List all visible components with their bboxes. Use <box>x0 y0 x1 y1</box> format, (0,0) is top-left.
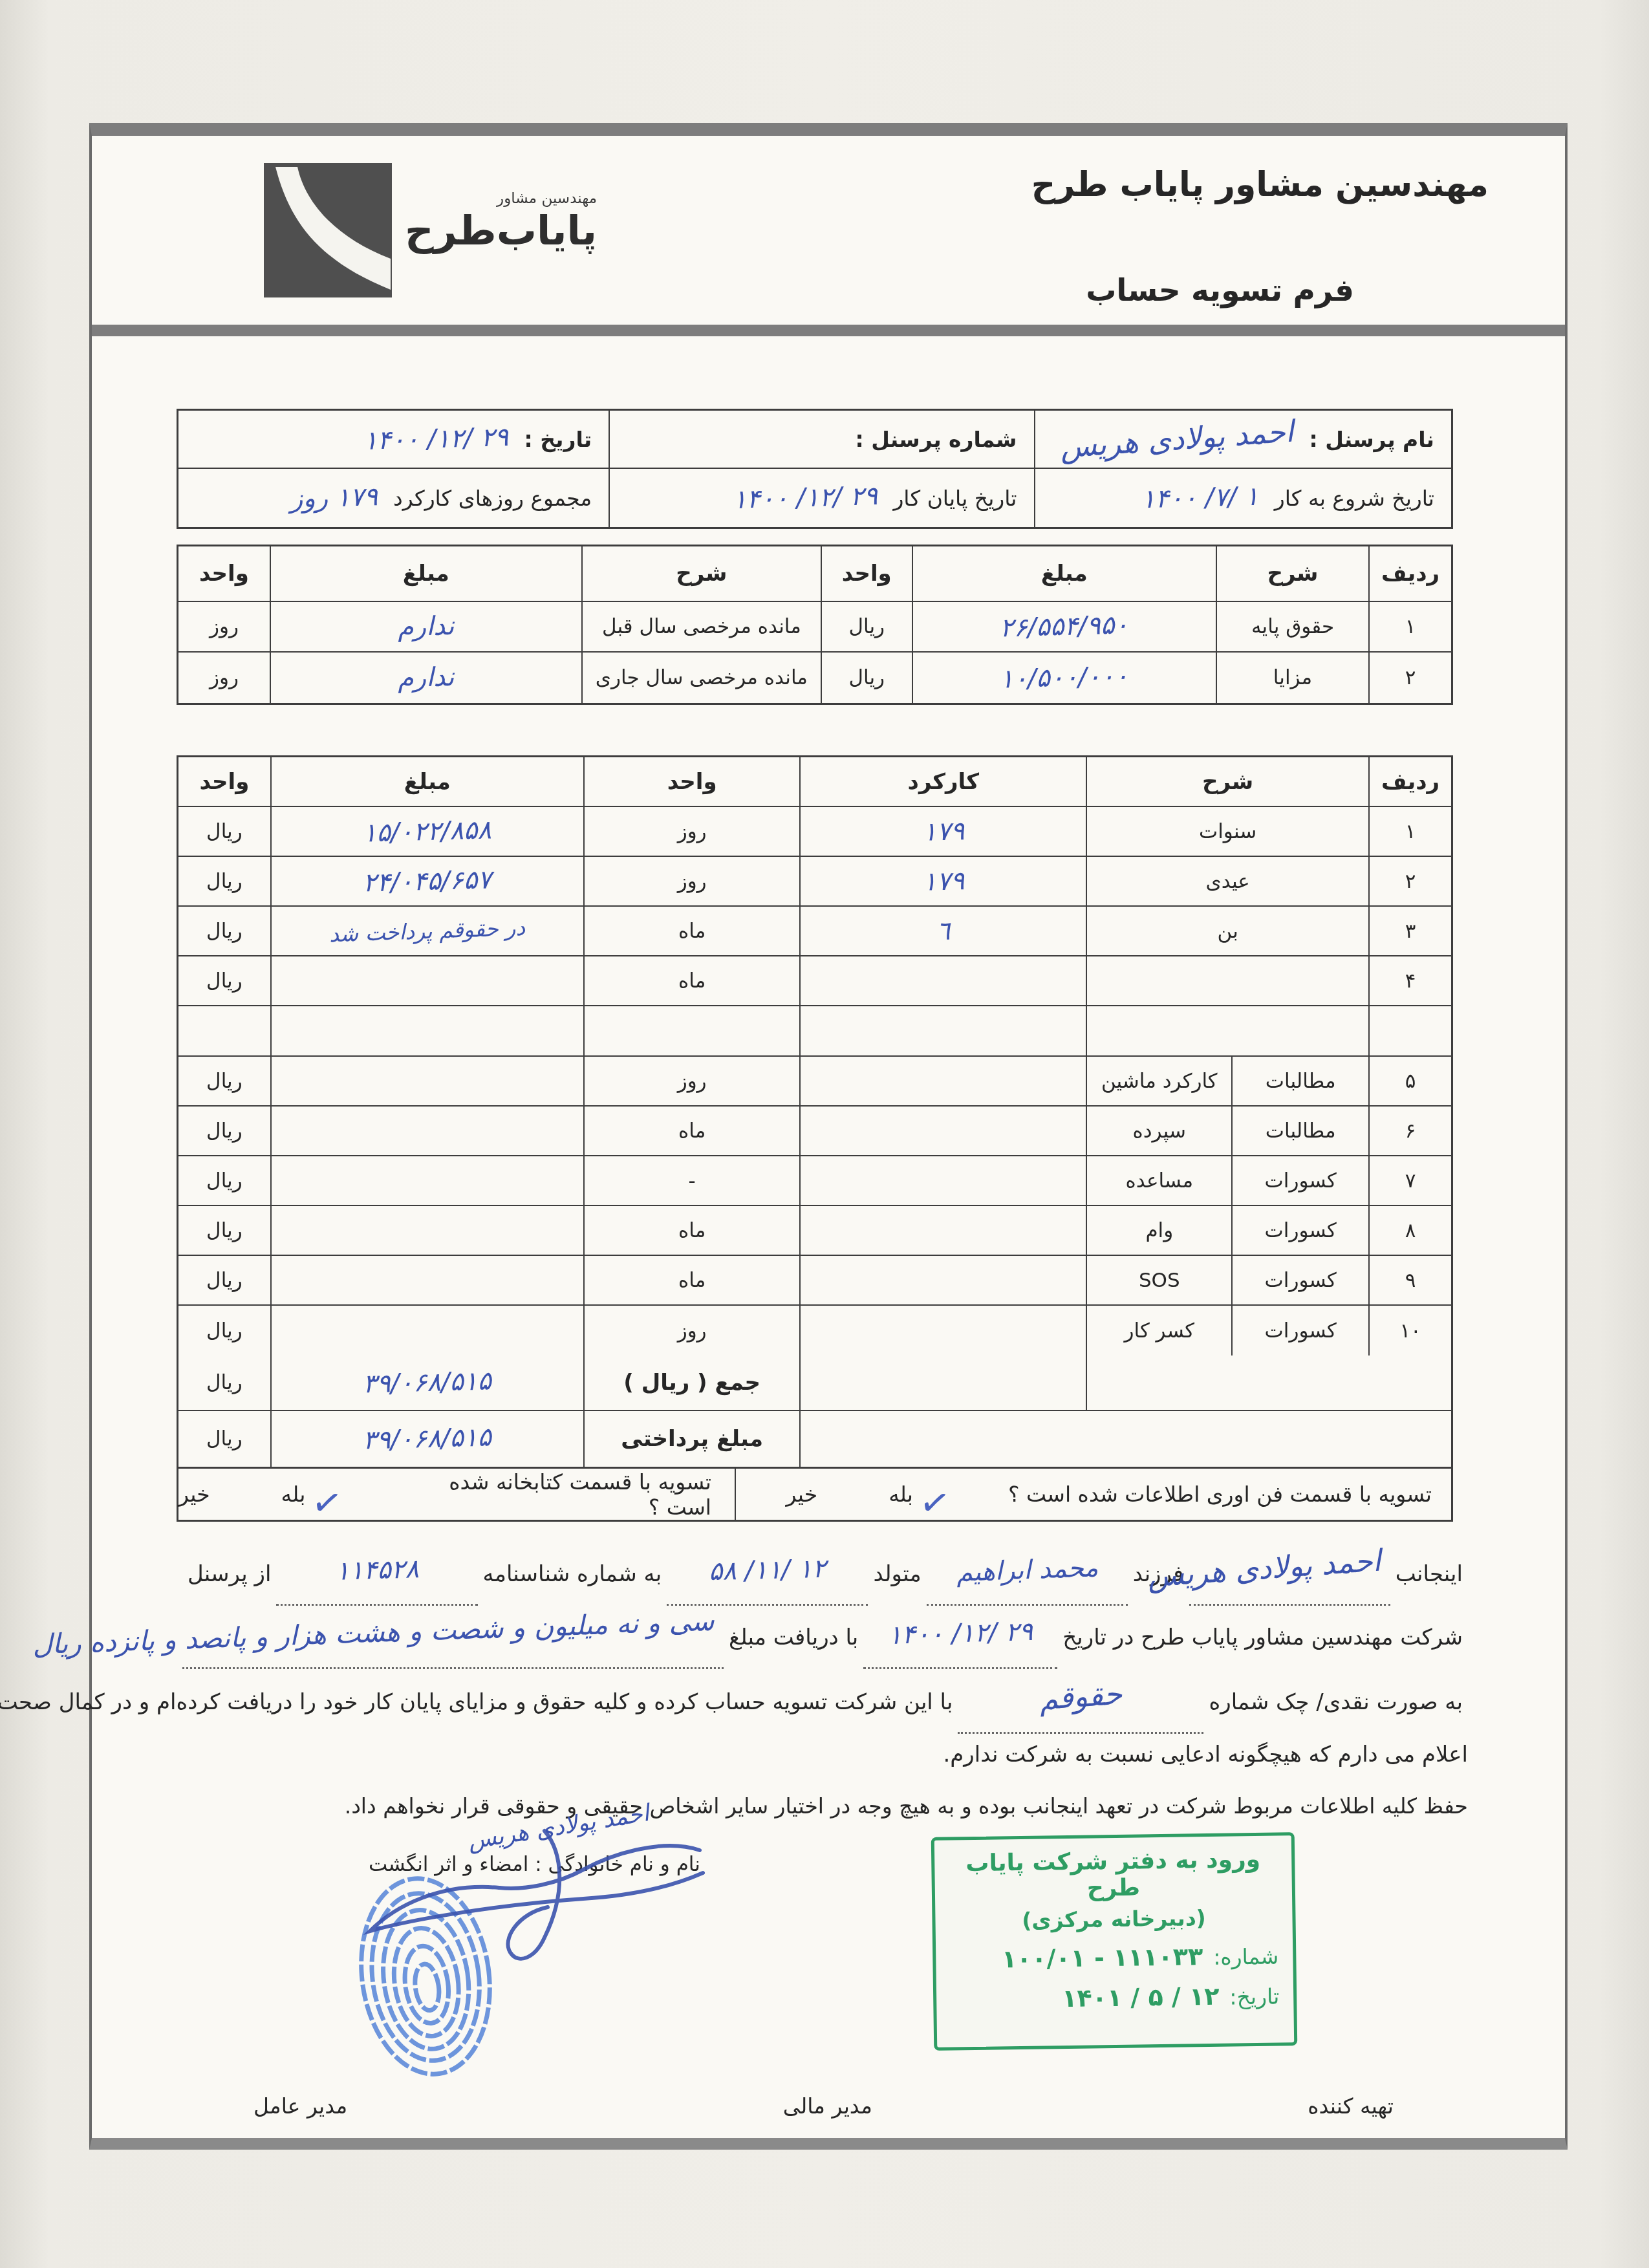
it-yes-option: ✓ بله <box>889 1473 950 1515</box>
description-cell: سنوات <box>1086 807 1368 856</box>
table-cell: روز <box>583 857 800 905</box>
cell-value: ٦ <box>936 916 951 946</box>
category-cell: کسورات <box>1231 1306 1368 1355</box>
cell-value: ریال <box>206 969 242 993</box>
category-cell: کسورات <box>1231 1256 1368 1304</box>
ceo-label: مدیر عامل <box>253 2093 347 2119</box>
personnel-table: نام پرسنل : احمد پولادی هریس شماره پرسنل… <box>177 409 1453 529</box>
cell-value: ۹ <box>1405 1269 1416 1292</box>
personnel-name-cell: نام پرسنل : احمد پولادی هریس <box>1034 411 1452 468</box>
table-cell: ۱۵/۰۲۲/۸۵۸ <box>270 807 583 856</box>
personnel-name-value: احمد پولادی هریس <box>1059 413 1295 464</box>
no-label: خیر <box>178 1482 210 1507</box>
library-clearance-question: تسویه با قسمت کتابخانه شده است ؟ <box>400 1469 711 1520</box>
cell-value: در حقوقم پرداخت شد <box>329 915 526 947</box>
table-cell: ماه <box>583 1107 800 1155</box>
cell-value: حقوق پایه <box>1251 615 1334 638</box>
cell-value: ۶ <box>1405 1119 1416 1143</box>
table-cell: روز <box>583 1306 800 1355</box>
table-cell: ۸ <box>1368 1206 1451 1255</box>
settlement-date-fill: ۲۹ /۱۲/ ۱۴۰۰ <box>863 1606 1057 1669</box>
cell-value: وام <box>1145 1219 1173 1242</box>
table-cell: حقوق پایه <box>1216 602 1368 651</box>
column-header: واحد <box>583 757 800 806</box>
description-cell <box>1086 956 1368 1005</box>
cell-value: ۲۴/۰۴۵/۶۵۷ <box>363 865 492 898</box>
cell-value: ماه <box>678 969 706 993</box>
cell-value: مطالبات <box>1266 1070 1336 1093</box>
table-cell: ٦ <box>799 907 1086 955</box>
cell-value: ریال <box>206 820 242 843</box>
table-cell <box>799 1156 1086 1205</box>
sum-row: جمع ( ریال ) ۳۹/۰۶۸/۵۱۵ ریال <box>178 1355 1451 1411</box>
item-cell: وام <box>1087 1206 1231 1255</box>
stamp-date-label: تاریخ: <box>1229 1983 1279 2009</box>
table-row: ۳بن٦ماهدر حقوقم پرداخت شدریال <box>178 907 1451 956</box>
table-cell <box>270 1156 583 1205</box>
table-row: ۱حقوق پایه۲۶/۵۵۴/۹۵۰ریالمانده مرخصی سال … <box>178 602 1451 653</box>
library-yes-option: ✓ بله <box>281 1473 343 1515</box>
description-cell: کسوراتSOS <box>1086 1256 1368 1304</box>
declaration-paragraph: اینجانب احمد پولادی هریس فرزند محمد ابرا… <box>182 1541 1468 1824</box>
table-cell <box>270 1256 583 1304</box>
end-date-value: ۲۹ /۱۲/ ۱۴۰۰ <box>733 481 878 515</box>
description-cell <box>1086 1006 1368 1055</box>
work-days-value: ۱۷۹ روز <box>290 482 378 514</box>
scanned-settlement-form: مهندسین مشاور پایاب طرح فرم تسویه حساب م… <box>0 0 1649 2268</box>
work-days-cell: مجموع روزهای کارکرد ۱۷۹ روز <box>178 469 609 527</box>
table-cell: ریال <box>178 1057 270 1105</box>
paid-row: مبلغ پرداختی ۳۹/۰۶۸/۵۱۵ ریال <box>178 1411 1451 1467</box>
table-cell: ریال <box>821 602 912 651</box>
table-cell: مانده مرخصی سال قبل <box>581 602 821 651</box>
cell-value: ریال <box>848 615 885 638</box>
name-fill: احمد پولادی هریس <box>1189 1541 1390 1606</box>
item-cell: کارکرد ماشین <box>1087 1057 1231 1105</box>
approval-row: تهیه کننده مدیر مالی مدیر عامل <box>253 2093 1394 2119</box>
handwritten-amount-words: سی و نه میلیون و شصت و هشت هزار و پانصد … <box>32 1592 715 1675</box>
cell-value: SOS <box>1139 1269 1180 1292</box>
static-text: با این شرکت تسویه حساب کرده و کلیه حقوق … <box>0 1672 958 1732</box>
category-cell: کسورات <box>1231 1206 1368 1255</box>
column-header: مبلغ <box>270 757 583 806</box>
table-cell: ۲ <box>1368 857 1451 905</box>
table-cell <box>799 1006 1086 1055</box>
work-days-label: مجموع روزهای کارکرد <box>393 486 592 511</box>
table-cell: روز <box>178 653 270 703</box>
stamp-date-row: تاریخ: ۱۲ / ۵ / ۱۴۰۱ <box>951 1981 1280 2014</box>
registry-stamp: ورود به دفتر شرکت پایاب طرح (دبیرخانه مر… <box>931 1832 1298 2051</box>
cell-value: ماه <box>678 1219 706 1242</box>
table-cell <box>270 1107 583 1155</box>
category-cell: مطالبات <box>1231 1057 1368 1105</box>
form-header: مهندسین مشاور پایاب طرح فرم تسویه حساب م… <box>92 136 1565 336</box>
cell-value: ریال <box>206 1119 242 1143</box>
column-header: ردیف <box>1368 757 1451 806</box>
column-header: مبلغ <box>912 546 1216 601</box>
table-cell <box>270 1006 583 1055</box>
cell-value: ریال <box>206 870 242 893</box>
sum-label: جمع ( ریال ) <box>583 1355 800 1410</box>
table-cell: روز <box>583 807 800 856</box>
end-date-cell: تاریخ پایان کار ۲۹ /۱۲/ ۱۴۰۰ <box>609 469 1033 527</box>
table-cell: ریال <box>178 1256 270 1304</box>
handwritten-father-name: محمد ابراهیم <box>955 1538 1099 1603</box>
static-text: شرکت مهندسین مشاور پایاب طرح در تاریخ <box>1057 1608 1468 1667</box>
paid-label: مبلغ پرداختی <box>583 1411 800 1467</box>
table-row: ۸کسوراتوامماهریال <box>178 1206 1451 1256</box>
table-cell <box>799 1306 1086 1355</box>
item-cell: سپرده <box>1087 1107 1231 1155</box>
table-cell <box>270 1206 583 1255</box>
library-clearance-cell: تسویه با قسمت کتابخانه شده است ؟ ✓ بله خ… <box>178 1469 735 1520</box>
table-header-row: ردیف شرح کارکرد واحد مبلغ واحد <box>178 757 1451 807</box>
table-cell <box>270 956 583 1005</box>
column-header: شرح <box>1216 546 1368 601</box>
table-cell: ۲۴/۰۴۵/۶۵۷ <box>270 857 583 905</box>
cell-value: ریال <box>206 1219 242 1242</box>
table-cell <box>799 1256 1086 1304</box>
table-cell: ریال <box>178 956 270 1005</box>
stamp-number-row: شماره: ۱۱۱۰۳۳ - ۱۰۰/۰۱ <box>950 1941 1279 1974</box>
table-header-row: ردیف شرح مبلغ واحد شرح مبلغ واحد <box>178 546 1451 602</box>
cell-value: ۳ <box>1405 920 1416 943</box>
cell-value: ماه <box>678 1269 706 1292</box>
settlement-items-table: ردیف شرح کارکرد واحد مبلغ واحد ۱سنوات۱۷۹… <box>177 755 1453 1469</box>
check-mark-icon: ✓ <box>916 1480 953 1526</box>
description-cell: بن <box>1086 907 1368 955</box>
cell-value: ریال <box>206 1319 242 1343</box>
table-row: ۱۰کسوراتکسر کارروزریال <box>178 1306 1451 1355</box>
static-text: از پرسنل <box>182 1544 276 1604</box>
table-cell: ۷ <box>1368 1156 1451 1205</box>
form-date-label: تاریخ : <box>524 427 592 452</box>
table-cell: ریال <box>821 653 912 703</box>
column-header: شرح <box>581 546 821 601</box>
cell-value: مساعده <box>1125 1169 1193 1193</box>
sum-value: ۳۹/۰۶۸/۵۱۵ <box>363 1366 492 1399</box>
table-cell: ۱۰/۵۰۰/۰۰۰ <box>912 653 1216 703</box>
personnel-number-label: شماره پرسنل : <box>856 427 1017 452</box>
cell-value: ۲۶/۵۵۴/۹۵۰ <box>1000 610 1129 643</box>
amount-words-fill: سی و نه میلیون و شصت و هشت هزار و پانصد … <box>182 1606 724 1669</box>
stamp-title: ورود به دفتر شرکت پایاب طرح <box>949 1846 1278 1903</box>
cell-value: روز <box>678 1070 707 1093</box>
cell-value: مزایا <box>1273 666 1312 689</box>
cell-value: ۱ <box>1405 820 1416 843</box>
father-name-fill: محمد ابراهیم <box>927 1543 1128 1606</box>
cell-value: ریال <box>206 1269 242 1292</box>
salary-leave-table: ردیف شرح مبلغ واحد شرح مبلغ واحد ۱حقوق پ… <box>177 545 1453 705</box>
table-cell: ندارم <box>270 653 581 703</box>
item-cell: SOS <box>1087 1256 1231 1304</box>
salary-leave-table-body: ۱حقوق پایه۲۶/۵۵۴/۹۵۰ریالمانده مرخصی سال … <box>178 602 1451 703</box>
table-row: ۱سنوات۱۷۹روز۱۵/۰۲۲/۸۵۸ریال <box>178 807 1451 857</box>
table-cell: ۱ <box>1368 602 1451 651</box>
cell-value: ریال <box>206 920 242 943</box>
finance-manager-label: مدیر مالی <box>783 2093 872 2119</box>
cell-value: کسورات <box>1265 1219 1337 1242</box>
declaration-line-1: اینجانب احمد پولادی هریس فرزند محمد ابرا… <box>182 1541 1468 1606</box>
table-row: نام پرسنل : احمد پولادی هریس شماره پرسنل… <box>178 411 1451 469</box>
cell-value: ندارم <box>398 611 455 642</box>
handwritten-settlement-date: ۲۹ /۱۲/ ۱۴۰۰ <box>887 1602 1034 1665</box>
cell-value: ۷ <box>1405 1169 1416 1193</box>
declaration-line-3: به صورت نقدی/ چک شماره حقوقم با این شرکت… <box>182 1669 1468 1734</box>
description-cell: عیدی <box>1086 857 1368 905</box>
handwritten-birth-date: ۱۲ /۱۱/ ۵۸ <box>708 1539 827 1602</box>
no-label: خیر <box>786 1482 818 1507</box>
personnel-number-cell: شماره پرسنل : <box>609 411 1033 468</box>
cell-value: ندارم <box>398 662 455 693</box>
cell-value: ریال <box>206 1169 242 1193</box>
cell-value: ۱۰/۵۰۰/۰۰۰ <box>1000 661 1129 694</box>
logo-swoosh-icon <box>264 163 392 297</box>
cell-value: ۸ <box>1405 1219 1416 1242</box>
form-date-value: ۲۹ /۱۲/ ۱۴۰۰ <box>363 422 509 456</box>
table-cell <box>270 1306 583 1355</box>
column-header: کارکرد <box>799 757 1086 806</box>
table-cell: ریال <box>178 807 270 856</box>
table-cell: ریال <box>178 1306 270 1355</box>
settlement-items-table-body: ۱سنوات۱۷۹روز۱۵/۰۲۲/۸۵۸ریال۲عیدی۱۷۹روز۲۴/… <box>178 807 1451 1355</box>
it-clearance-question: تسویه با قسمت فن اوری اطلاعات شده است ؟ <box>1008 1482 1432 1507</box>
table-cell: ۵ <box>1368 1057 1451 1105</box>
form-title: فرم تسویه حساب <box>1086 273 1354 308</box>
description-cell: مطالباتکارکرد ماشین <box>1086 1057 1368 1105</box>
stamp-subtitle: (دبیرخانه مرکزی) <box>949 1904 1278 1934</box>
cell-value: سنوات <box>1199 820 1256 843</box>
static-text: متولد <box>868 1544 926 1604</box>
cell-value: - <box>689 1169 696 1193</box>
category-cell: کسورات <box>1231 1156 1368 1205</box>
table-cell: ۹ <box>1368 1256 1451 1304</box>
table-cell: ۱۰ <box>1368 1306 1451 1355</box>
table-cell: ریال <box>178 1107 270 1155</box>
cell-value: سپرده <box>1133 1119 1186 1143</box>
empty-cell <box>799 1355 1086 1410</box>
cell-value: مطالبات <box>1266 1119 1336 1143</box>
cell-value: مانده مرخصی سال قبل <box>602 615 801 638</box>
logo-text: مهندسین مشاور پایاب‌طرح <box>405 190 597 271</box>
item-cell: مساعده <box>1087 1156 1231 1205</box>
logo-brand: پایاب‌طرح <box>405 207 597 254</box>
table-cell: ریال <box>178 1156 270 1205</box>
cell-value: ۱۵/۰۲۲/۸۵۸ <box>363 815 492 848</box>
table-row <box>178 1006 1451 1057</box>
cell-value: ۲ <box>1405 870 1416 893</box>
table-row: ۴ماهریال <box>178 956 1451 1006</box>
cell-value: بن <box>1218 920 1238 943</box>
table-cell <box>178 1006 270 1055</box>
cell-value: عیدی <box>1205 870 1249 893</box>
table-cell <box>799 1107 1086 1155</box>
column-header: واحد <box>821 546 912 601</box>
column-header: واحد <box>178 757 270 806</box>
signature-flourish <box>350 1805 726 1986</box>
table-cell: ۳ <box>1368 907 1451 955</box>
column-header: مبلغ <box>270 546 581 601</box>
yes-label: بله <box>281 1482 306 1507</box>
start-date-value: ۱ /۷/ ۱۴۰۰ <box>1141 482 1259 515</box>
table-cell <box>799 956 1086 1005</box>
table-row: ۶مطالباتسپردهماهریال <box>178 1107 1451 1156</box>
column-header: ردیف <box>1368 546 1451 601</box>
start-date-cell: تاریخ شروع به کار ۱ /۷/ ۱۴۰۰ <box>1034 469 1452 527</box>
description-cell: کسوراتوام <box>1086 1206 1368 1255</box>
handwritten-name: احمد پولادی هریس <box>1145 1531 1383 1606</box>
personnel-name-label: نام پرسنل : <box>1309 427 1434 452</box>
table-cell: ۴ <box>1368 956 1451 1005</box>
cell-value: کسورات <box>1265 1319 1337 1343</box>
cell-value: کسورات <box>1265 1169 1337 1193</box>
cell-value: روز <box>210 615 239 638</box>
cell-value: ۵ <box>1405 1070 1416 1093</box>
static-text: اینجانب <box>1390 1544 1468 1604</box>
empty-cell <box>1086 1355 1451 1410</box>
table-cell: - <box>583 1156 800 1205</box>
id-number-fill: ۱۱۴۵۲۸ <box>276 1543 477 1606</box>
cell-value: مانده مرخصی سال جاری <box>596 666 808 689</box>
handwritten-id-number: ۱۱۴۵۲۸ <box>334 1539 419 1601</box>
table-cell: در حقوقم پرداخت شد <box>270 907 583 955</box>
cell-value: ۲ <box>1405 666 1416 689</box>
table-cell: ریال <box>178 1206 270 1255</box>
table-row: تاریخ شروع به کار ۱ /۷/ ۱۴۰۰ تاریخ پایان… <box>178 469 1451 527</box>
table-cell: روز <box>583 1057 800 1105</box>
start-date-label: تاریخ شروع به کار <box>1275 486 1434 511</box>
check-mark-icon: ✓ <box>308 1480 345 1526</box>
cell-value: ریال <box>206 1070 242 1093</box>
form-date-cell: تاریخ : ۲۹ /۱۲/ ۱۴۰۰ <box>178 411 609 468</box>
cell-value: ماه <box>678 1119 706 1143</box>
cell-value: ریال <box>848 666 885 689</box>
cell-value: ۱ <box>1405 615 1416 638</box>
handwritten-cheque-word: حقوقم <box>1037 1664 1124 1729</box>
table-cell <box>799 1206 1086 1255</box>
table-cell: ۲ <box>1368 653 1451 703</box>
cheque-number-fill: حقوقم <box>958 1669 1203 1734</box>
table-row: ۹کسوراتSOSماهریال <box>178 1256 1451 1306</box>
table-cell <box>1368 1006 1451 1055</box>
item-cell: کسر کار <box>1087 1306 1231 1355</box>
table-cell: ماه <box>583 956 800 1005</box>
paid-value: ۳۹/۰۶۸/۵۱۵ <box>363 1422 492 1455</box>
declaration-line-4: اعلام می دارم که هیچگونه ادعایی نسبت به … <box>182 1734 1468 1775</box>
cell-value: ۱۰ <box>1399 1319 1421 1343</box>
table-cell: ۱ <box>1368 807 1451 856</box>
cell-value: ۴ <box>1405 969 1416 993</box>
category-cell: مطالبات <box>1231 1107 1368 1155</box>
description-cell: کسوراتکسر کار <box>1086 1306 1368 1355</box>
end-date-label: تاریخ پایان کار <box>893 486 1017 511</box>
signature-section: نام و نام خانوادگی : امضاء و اثر انگشت ا… <box>189 1824 1468 2077</box>
table-cell: ندارم <box>270 602 581 651</box>
table-row: ۲عیدی۱۷۹روز۲۴/۰۴۵/۶۵۷ریال <box>178 857 1451 907</box>
declaration-line-2: شرکت مهندسین مشاور پایاب طرح در تاریخ ۲۹… <box>182 1606 1468 1669</box>
cell-value: روز <box>210 666 239 689</box>
clearance-band: تسویه با قسمت فن اوری اطلاعات شده است ؟ … <box>177 1469 1453 1522</box>
table-cell: مزایا <box>1216 653 1368 703</box>
company-title: مهندسین مشاور پایاب طرح <box>1031 166 1489 204</box>
empty-cell <box>799 1411 1451 1467</box>
sum-value-cell: ۳۹/۰۶۸/۵۱۵ <box>270 1355 583 1410</box>
cell-value: کارکرد ماشین <box>1101 1070 1218 1093</box>
yes-label: بله <box>889 1482 913 1507</box>
stamp-number-value: ۱۱۱۰۳۳ - ۱۰۰/۰۱ <box>1002 1942 1203 1973</box>
table-cell: ۲۶/۵۵۴/۹۵۰ <box>912 602 1216 651</box>
table-cell: مانده مرخصی سال جاری <box>581 653 821 703</box>
static-text: با دریافت مبلغ <box>724 1608 863 1667</box>
table-cell <box>583 1006 800 1055</box>
table-cell: روز <box>178 602 270 651</box>
table-cell <box>799 1057 1086 1105</box>
form-frame: مهندسین مشاور پایاب طرح فرم تسویه حساب م… <box>89 123 1568 2150</box>
table-row: ۲مزایا۱۰/۵۰۰/۰۰۰ریالمانده مرخصی سال جاری… <box>178 653 1451 703</box>
cell-value: کسورات <box>1265 1269 1337 1292</box>
stamp-date-value: ۱۲ / ۵ / ۱۴۰۱ <box>1062 1982 1220 2013</box>
cell-value: روز <box>678 870 707 893</box>
table-cell: ماه <box>583 907 800 955</box>
sum-unit: ریال <box>178 1355 270 1410</box>
table-cell: ریال <box>178 857 270 905</box>
table-cell: ۱۷۹ <box>799 807 1086 856</box>
table-cell: ماه <box>583 1206 800 1255</box>
table-cell: ۱۷۹ <box>799 857 1086 905</box>
description-cell: کسوراتمساعده <box>1086 1156 1368 1205</box>
description-cell: مطالباتسپرده <box>1086 1107 1368 1155</box>
it-clearance-cell: تسویه با قسمت فن اوری اطلاعات شده است ؟ … <box>735 1469 1451 1520</box>
paid-value-cell: ۳۹/۰۶۸/۵۱۵ <box>270 1411 583 1467</box>
paid-unit: ریال <box>178 1411 270 1467</box>
table-row: ۵مطالباتکارکرد ماشینروزریال <box>178 1057 1451 1107</box>
table-cell: ریال <box>178 907 270 955</box>
cell-value: روز <box>678 1319 707 1343</box>
cell-value: روز <box>678 820 707 843</box>
logo-subtitle: مهندسین مشاور <box>405 190 597 207</box>
preparer-label: تهیه کننده <box>1308 2093 1394 2119</box>
table-row: ۷کسوراتمساعده-ریال <box>178 1156 1451 1206</box>
cell-value: کسر کار <box>1125 1319 1195 1343</box>
cell-value: ۱۷۹ <box>922 866 965 897</box>
column-header: شرح <box>1086 757 1368 806</box>
table-cell: ۶ <box>1368 1107 1451 1155</box>
cell-value: ۱۷۹ <box>922 816 965 847</box>
cell-value: ماه <box>678 920 706 943</box>
stamp-number-label: شماره: <box>1213 1943 1279 1969</box>
static-text: به صورت نقدی/ چک شماره <box>1203 1672 1468 1732</box>
table-cell <box>270 1057 583 1105</box>
company-logo: مهندسین مشاور پایاب‌طرح <box>264 163 597 297</box>
table-cell: ماه <box>583 1256 800 1304</box>
column-header: واحد <box>178 546 270 601</box>
